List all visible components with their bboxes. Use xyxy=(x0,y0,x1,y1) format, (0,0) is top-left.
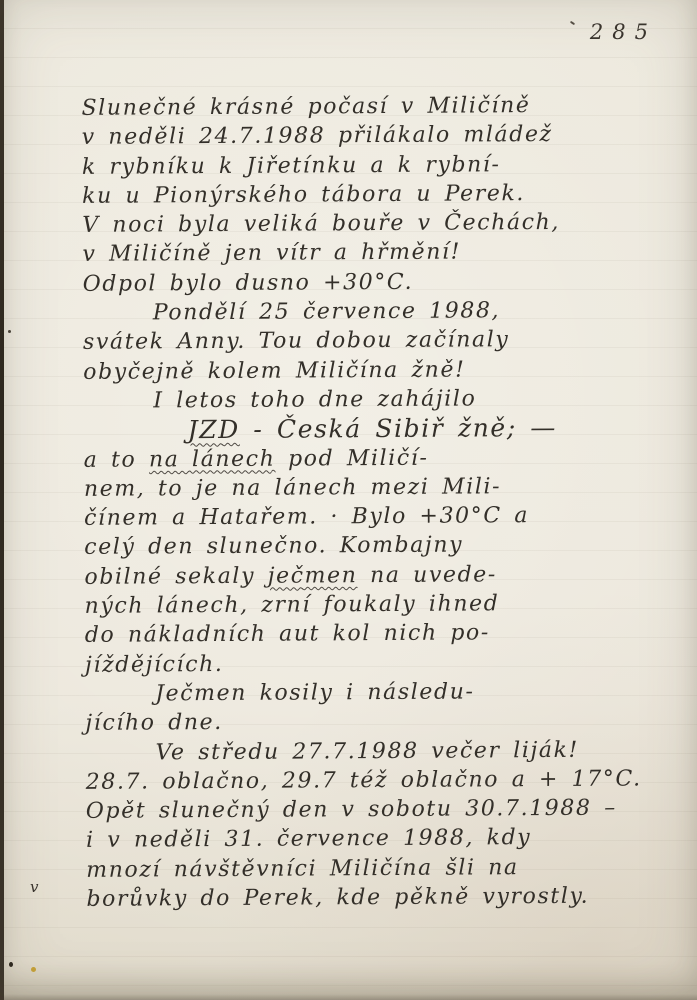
manuscript-line: celý den slunečno. Kombajny xyxy=(84,530,684,563)
margin-check-mark: v xyxy=(30,878,38,896)
manuscript-line: jícího dne. xyxy=(85,705,685,738)
manuscript-line: a to na lánech pod Miličí- xyxy=(84,442,684,475)
manuscript-line: Odpol bylo dusno +30°C. xyxy=(83,266,683,299)
underlined-word: ječmen xyxy=(268,563,358,589)
handwritten-text: pod Miličí- xyxy=(275,445,428,471)
handwritten-text: na uvede- xyxy=(357,562,497,588)
manuscript-line: Slunečné krásné počasí v Miličíně xyxy=(82,90,682,123)
manuscript-line: jíždějících. xyxy=(85,647,685,680)
paper-speck xyxy=(8,330,11,333)
photo-edge-bottom xyxy=(0,994,697,1000)
manuscript-line: k rybníku k Jiřetínku a k rybní- xyxy=(82,149,682,182)
handwritten-text: nem, to je na lánech mezi Mili- xyxy=(84,474,501,502)
handwritten-text: Pondělí 25 července 1988, xyxy=(153,298,500,325)
manuscript-line: obyčejně kolem Miličína žně! xyxy=(83,354,683,387)
handwritten-text: Ve středu 27.7.1988 večer liják! xyxy=(155,737,579,765)
manuscript-line: ných lánech, zrní foukaly ihned xyxy=(85,588,685,621)
handwritten-text: v neděli 24.7.1988 přilákalo mládež xyxy=(82,122,553,150)
manuscript-line: v Miličíně jen vítr a hřmění! xyxy=(82,237,682,270)
handwritten-text: ných lánech, zrní foukaly ihned xyxy=(85,591,500,619)
handwritten-text: obilné sekaly xyxy=(84,563,267,589)
page-number: 285 xyxy=(590,20,657,44)
underlined-word: na lánech xyxy=(149,446,276,472)
chronicle-page-photo: 285 Slunečné krásné počasí v Miličíněv n… xyxy=(0,0,697,1000)
handwritten-text: celý den slunečno. Kombajny xyxy=(84,533,463,560)
manuscript-line: JZD - Česká Sibiř žně; — xyxy=(83,412,683,445)
handwritten-text: Odpol bylo dusno +30°C. xyxy=(83,270,414,297)
manuscript-line: mnozí návštěvníci Miličína šli na xyxy=(86,852,686,885)
handwritten-text: - Česká Sibiř žně; — xyxy=(240,413,557,444)
handwritten-text: ku u Pionýrského tábora u Perek. xyxy=(82,181,525,209)
underlined-word: JZD xyxy=(187,415,239,444)
paper-speck xyxy=(31,967,36,972)
handwritten-text: čínem a Hatařem. · Bylo +30°C a xyxy=(84,503,529,531)
handwritten-text: jícího dne. xyxy=(85,710,223,736)
handwritten-text: do nákladních aut kol nich po- xyxy=(85,621,490,648)
handwritten-text: jíždějících. xyxy=(85,652,224,678)
manuscript-line: v neděli 24.7.1988 přilákalo mládež xyxy=(82,119,682,152)
handwritten-text: k rybníku k Jiřetínku a k rybní- xyxy=(82,152,501,180)
handwritten-text: v Miličíně jen vítr a hřmění! xyxy=(82,240,461,267)
manuscript-line: ku u Pionýrského tábora u Perek. xyxy=(82,178,682,211)
paper-speck xyxy=(570,21,575,26)
manuscript-line: Opět slunečný den v sobotu 30.7.1988 – xyxy=(86,793,686,826)
manuscript-line: 28.7. oblačno, 29.7 též oblačno a + 17°C… xyxy=(86,764,686,797)
handwritten-text: Opět slunečný den v sobotu 30.7.1988 – xyxy=(86,796,617,824)
manuscript-line: obilné sekaly ječmen na uvede- xyxy=(84,559,684,592)
photo-edge-left xyxy=(0,0,4,1000)
manuscript-line: Pondělí 25 července 1988, xyxy=(83,295,683,328)
manuscript-line: Ve středu 27.7.1988 večer liják! xyxy=(85,735,685,768)
handwritten-text: mnozí návštěvníci Miličína šli na xyxy=(86,855,519,883)
manuscript-line: Ječmen kosily i následu- xyxy=(85,676,685,709)
paper-speck xyxy=(9,962,13,967)
handwritten-text: 28.7. oblačno, 29.7 též oblačno a + 17°C… xyxy=(86,766,642,794)
manuscript-line: V noci byla veliká bouře v Čechách, xyxy=(82,207,682,240)
manuscript-line: borůvky do Perek, kde pěkně vyrostly. xyxy=(86,881,686,914)
handwritten-text: a to xyxy=(84,447,149,472)
manuscript-line: čínem a Hatařem. · Bylo +30°C a xyxy=(84,500,684,533)
manuscript-line: do nákladních aut kol nich po- xyxy=(85,618,685,651)
manuscript-line: nem, to je na lánech mezi Mili- xyxy=(84,471,684,504)
handwritten-text: obyčejně kolem Miličína žně! xyxy=(83,357,465,384)
handwritten-text: borůvky do Perek, kde pěkně vyrostly. xyxy=(86,884,589,912)
handwritten-text: I letos toho dne zahájilo xyxy=(153,386,476,413)
manuscript-text: Slunečné krásné počasí v Miličíněv neděl… xyxy=(82,90,687,914)
manuscript-line: i v neděli 31. července 1988, kdy xyxy=(86,823,686,856)
manuscript-line: svátek Anny. Tou dobou začínaly xyxy=(83,325,683,358)
handwritten-text: i v neděli 31. července 1988, kdy xyxy=(86,826,531,854)
handwritten-text: Slunečné krásné počasí v Miličíně xyxy=(82,93,531,121)
handwritten-text: V noci byla veliká bouře v Čechách, xyxy=(82,210,560,238)
handwritten-text: svátek Anny. Tou dobou začínaly xyxy=(83,328,510,356)
handwritten-text: Ječmen kosily i následu- xyxy=(155,679,474,706)
manuscript-line: I letos toho dne zahájilo xyxy=(83,383,683,416)
